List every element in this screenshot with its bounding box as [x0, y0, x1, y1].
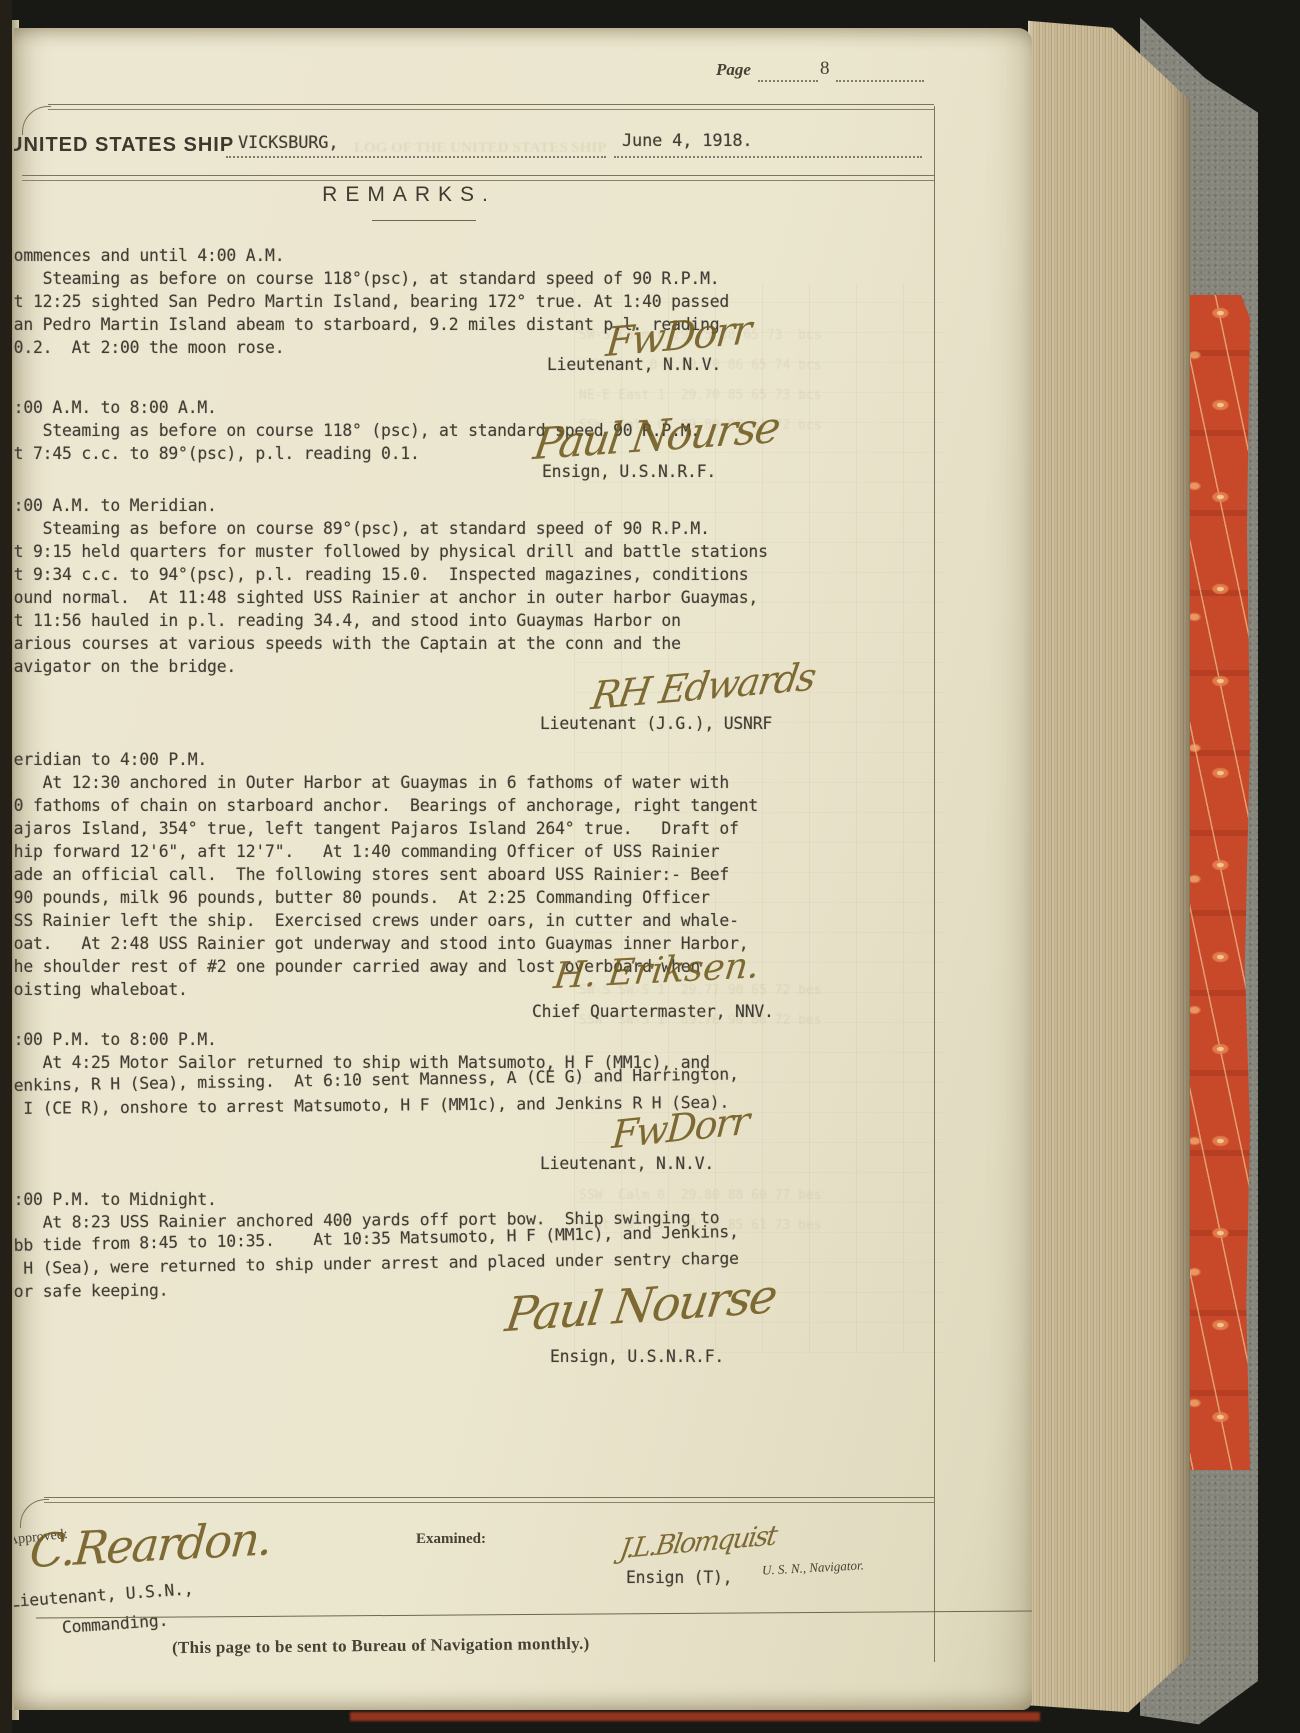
- officer-title: Lieutenant (J.G.), USNRF: [540, 712, 772, 735]
- officer-title: Ensign, U.S.N.R.F.: [550, 1345, 724, 1368]
- navigator-typed-title: Ensign (T),: [626, 1566, 732, 1589]
- scanned-logbook-photo: LOG OF THE UNITED STATES SHIP SW-S Calm …: [0, 0, 1300, 1733]
- log-page: LOG OF THE UNITED STATES SHIP SW-S Calm …: [14, 28, 1032, 1710]
- entry-line: found normal. At 11:48 sighted USS Raini…: [14, 586, 844, 609]
- page-label: Page: [716, 60, 751, 80]
- entry-header: 4:00 P.M. to 8:00 P.M.: [14, 1028, 844, 1051]
- entry-line: made an official call. The following sto…: [14, 863, 844, 886]
- entry-header: 8:00 A.M. to Meridian.: [14, 494, 844, 517]
- page-number: 8: [820, 58, 830, 80]
- log-entry: 8:00 A.M. to Meridian. Steaming as befor…: [14, 494, 844, 678]
- binding-gutter: [0, 0, 12, 1733]
- remarks-underline: [372, 220, 476, 221]
- ship-label: UNITED STATES SHIP: [14, 134, 234, 157]
- remarks-title: REMARKS.: [264, 183, 554, 207]
- commanding-officer-signature: C.Reardon.: [28, 1511, 273, 1578]
- ship-name-value: VICKSBURG,: [238, 132, 338, 155]
- entry-line: At 9:15 held quarters for muster followe…: [14, 540, 844, 563]
- date-value: June 4, 1918.: [622, 130, 752, 153]
- navigator-signature: J.L.Blomquist: [618, 1520, 779, 1565]
- signature-rule: [36, 1611, 1032, 1619]
- officer-title: Lieutenant, N.N.V.: [547, 353, 721, 376]
- entry-line: 30 fathoms of chain on starboard anchor.…: [14, 794, 844, 817]
- form-bottom-rule: [44, 1497, 934, 1503]
- form-right-border: [934, 106, 935, 1662]
- bleedthrough-title: LOG OF THE UNITED STATES SHIP: [354, 140, 606, 157]
- entry-line: Pajaros Island, 354° true, left tangent …: [14, 817, 844, 840]
- entry-line: Steaming as before on course 89°(psc), a…: [14, 517, 844, 540]
- entry-line: ship forward 12'6", aft 12'7". At 1:40 c…: [14, 840, 844, 863]
- entry-line: Steaming as before on course 118°(psc), …: [14, 267, 844, 290]
- officer-title: Ensign, U.S.N.R.F.: [542, 460, 716, 483]
- page-number-leader: [836, 80, 924, 82]
- page-number-leader: [758, 80, 818, 82]
- ship-name-leader: [226, 156, 606, 158]
- bottom-cover-edge: [350, 1712, 1040, 1721]
- form-border-corner: [22, 106, 51, 135]
- entry-line: USS Rainier left the ship. Exercised cre…: [14, 909, 844, 932]
- form-header-rule: [22, 175, 934, 181]
- footer-note: (This page to be sent to Bureau of Navig…: [172, 1634, 590, 1658]
- entry-line: 190 pounds, milk 96 pounds, butter 80 po…: [14, 886, 844, 909]
- commanding-officer-title: Commanding.: [61, 1609, 169, 1639]
- officer-title: Chief Quartermaster, NNV.: [532, 1000, 774, 1023]
- entry-line: various courses at various speeds with t…: [14, 632, 844, 655]
- examined-label: Examined:: [416, 1531, 486, 1548]
- entry-line: At 12:30 anchored in Outer Harbor at Gua…: [14, 771, 844, 794]
- entry-line: At 9:34 c.c. to 94°(psc), p.l. reading 1…: [14, 563, 844, 586]
- book-page-stack-fore-edge: [1028, 0, 1190, 1733]
- entry-header: Meridian to 4:00 P.M.: [14, 748, 844, 771]
- date-leader: [614, 156, 922, 158]
- officer-title: Lieutenant, N.N.V.: [540, 1152, 714, 1175]
- entry-line: At 11:56 hauled in p.l. reading 34.4, an…: [14, 609, 844, 632]
- form-top-rule: [48, 104, 934, 110]
- navigator-printed-title: U. S. N., Navigator.: [762, 1557, 865, 1578]
- entry-header: Commences and until 4:00 A.M.: [14, 244, 844, 267]
